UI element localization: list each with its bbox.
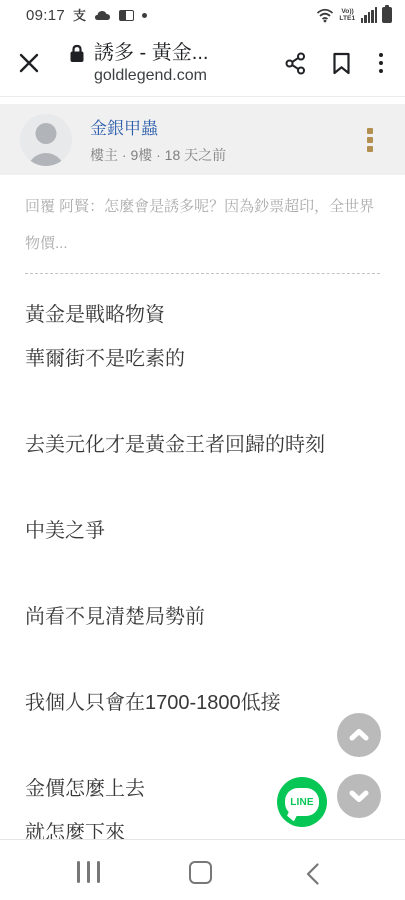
status-right-cluster: Vo)) LTE1 [316,7,392,23]
post-paragraph: 尚看不見清楚局勢前 [25,595,380,639]
clock: 09:17 [26,7,65,24]
volte-indicator-icon: Vo)) LTE1 [339,8,356,22]
post-meta: 樓主 · 9樓 · 18 天之前 [90,145,226,165]
bookmark-button[interactable] [332,52,351,75]
bookmark-icon [332,52,351,75]
avatar-person-icon [36,123,57,144]
browser-actions [285,51,405,76]
alipay-notification-icon: 支 [73,9,86,22]
share-button[interactable] [285,52,306,75]
lock-icon [69,44,85,68]
post-paragraph: 去美元化才是黃金王者回歸的時刻 [25,423,380,467]
page-url: goldlegend.com [94,66,208,86]
post-body: 黃金是戰略物資華爾街不是吃素的去美元化才是黃金王者回歸的時刻中美之爭尚看不見清楚… [0,274,405,855]
author-name[interactable]: 金銀甲蟲 [90,114,226,139]
status-bar: 09:17 支 Vo)) LTE1 [0,0,405,30]
close-icon [18,52,40,74]
line-share-button[interactable]: LINE [277,777,327,827]
notification-dot-icon [142,13,147,18]
back-chevron-icon [305,862,320,886]
android-nav-bar [0,839,405,900]
pip-window-icon [119,10,134,21]
avatar[interactable] [20,114,72,166]
back-button[interactable] [303,860,322,893]
post-paragraph: 中美之爭 [25,509,380,553]
post-paragraph: 黃金是戰略物資華爾街不是吃素的 [25,293,380,381]
site-info[interactable]: 誘多 - 黃金... goldlegend.com [69,41,208,86]
share-icon [285,52,306,75]
post-header: 金銀甲蟲 樓主 · 9樓 · 18 天之前 [0,104,405,175]
scroll-to-bottom-button[interactable] [337,774,381,818]
author-block: 金銀甲蟲 樓主 · 9樓 · 18 天之前 [90,114,226,165]
post-options-button[interactable] [363,124,377,156]
battery-icon [382,7,392,23]
browser-toolbar: 誘多 - 黃金... goldlegend.com [0,30,405,97]
close-tab-button[interactable] [15,49,43,77]
status-left-cluster: 09:17 支 [26,7,147,24]
chevron-down-icon [347,784,371,808]
browser-menu-button[interactable] [377,51,386,76]
page-title: 誘多 - 黃金... [94,41,208,66]
signal-strength-icon [361,7,378,23]
title-block: 誘多 - 黃金... goldlegend.com [94,41,208,86]
line-icon: LINE [285,788,319,816]
post-paragraph: 我個人只會在1700-1800低接 [25,681,380,725]
phone-screen: 09:17 支 Vo)) LTE1 [0,0,405,900]
wifi-icon [316,8,334,23]
chevron-up-icon [347,723,371,747]
cloud-weather-icon [94,9,111,21]
scroll-to-top-button[interactable] [337,713,381,757]
home-button[interactable] [189,861,212,884]
quoted-reply[interactable]: 回覆 阿賢：怎麼會是誘多呢？因為鈔票超印，全世界物價... [25,175,380,274]
recents-button[interactable] [75,859,102,885]
